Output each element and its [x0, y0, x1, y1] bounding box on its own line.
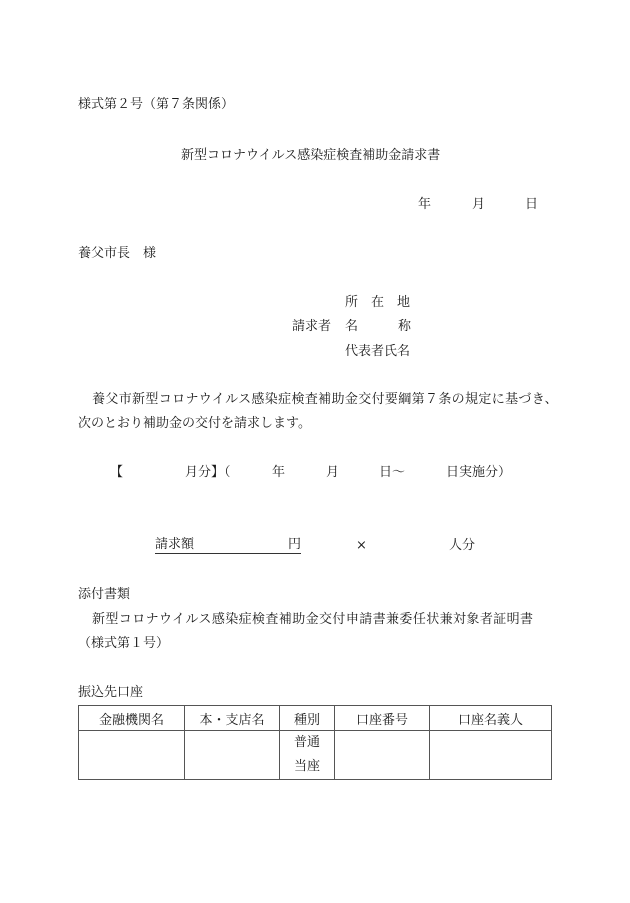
document-title: 新型コロナウイルス感染症検査補助金請求書: [181, 148, 440, 164]
attachment-item-line-1: 新型コロナウイルス感染症検査補助金交付申請書兼委任状兼対象者証明書: [92, 612, 533, 628]
period-month: 月: [326, 465, 339, 481]
body-line-1: 養父市新型コロナウイルス感染症検査補助金交付要綱第７条の規定に基づき、: [92, 392, 558, 408]
table-row: 普通 当座: [79, 731, 552, 780]
table-header-row: 金融機関名 本・支店名 種別 口座番号 口座名義人: [79, 706, 552, 731]
bank-account-heading: 振込先口座: [78, 685, 143, 701]
requester-label: 請求者: [292, 319, 331, 335]
amount-times-sign: ×: [356, 538, 367, 554]
amount-label: 請求額: [155, 537, 194, 553]
column-header-bank-name: 金融機関名: [79, 706, 185, 731]
form-number: 様式第２号（第７条関係）: [78, 97, 234, 113]
requester-representative-label: 代表者氏名: [345, 344, 410, 360]
date-day-label: 日: [525, 197, 538, 213]
account-kind-option-ordinary[interactable]: 普通: [280, 731, 334, 755]
requester-address-label: 所 在 地: [345, 295, 410, 311]
period-open-bracket: 【: [110, 465, 123, 481]
amount-persons-label: 人分: [449, 538, 475, 554]
column-header-account-number: 口座番号: [335, 706, 430, 731]
bank-name-cell[interactable]: [79, 731, 185, 780]
period-year: 年: [272, 465, 285, 481]
period-month-part: 月分】（: [185, 465, 231, 481]
bank-account-table: 金融機関名 本・支店名 種別 口座番号 口座名義人 普通 当座: [78, 705, 552, 780]
date-month-label: 月: [472, 197, 485, 213]
body-line-2: 次のとおり補助金の交付を請求します。: [78, 416, 311, 432]
requester-name-label-2: 称: [398, 319, 411, 335]
account-kind-option-checking[interactable]: 当座: [280, 755, 334, 779]
attachment-item-line-2: （様式第１号）: [78, 636, 169, 652]
column-header-account-holder: 口座名義人: [430, 706, 552, 731]
requester-name-label-1: 名: [345, 319, 358, 335]
account-kind-cell[interactable]: 普通 当座: [280, 731, 335, 780]
period-day-from: 日～: [379, 465, 405, 481]
account-holder-cell[interactable]: [430, 731, 552, 780]
amount-yen-label: 円: [288, 537, 301, 553]
period-day-to: 日実施分）: [446, 465, 511, 481]
column-header-account-kind: 種別: [280, 706, 335, 731]
branch-name-cell[interactable]: [185, 731, 280, 780]
column-header-branch-name: 本・支店名: [185, 706, 280, 731]
addressee: 養父市長 様: [78, 246, 156, 262]
account-number-cell[interactable]: [335, 731, 430, 780]
amount-field[interactable]: 請求額 円: [155, 537, 301, 554]
date-year-label: 年: [418, 197, 431, 213]
attachments-heading: 添付書類: [78, 587, 130, 603]
